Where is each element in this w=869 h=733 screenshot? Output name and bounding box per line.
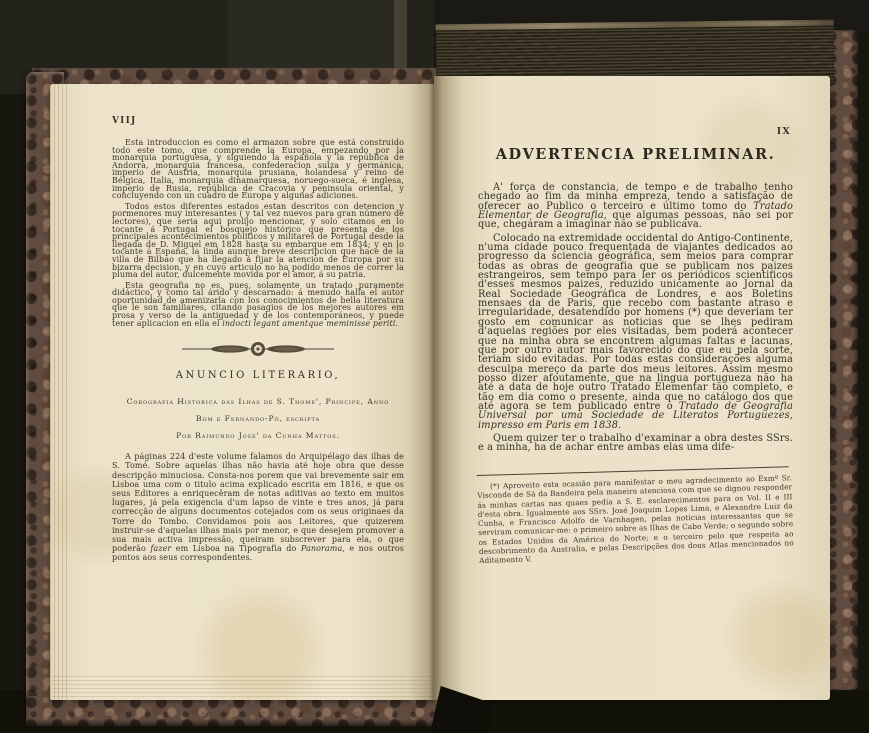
anuncio-heading: ANUNCIO LITERARIO,	[112, 370, 404, 381]
right-page-text-column: IX ADVERTENCIA PRELIMINAR. A' força de c…	[478, 126, 793, 565]
book-cover-right-board	[826, 30, 858, 690]
page-number-right: IX	[478, 126, 793, 137]
page-number-left: VIIJ	[112, 116, 404, 126]
advertencia-heading: ADVERTENCIA PRELIMINAR.	[478, 146, 793, 163]
divider-ornament	[112, 341, 404, 361]
left-paragraph-3: Esta geografia no es, pues, solamente un…	[112, 282, 404, 328]
anuncio-subtitle-line-1: Corografia Historica das Ilhas de S. Tho…	[112, 393, 404, 410]
left-page-leaf-edges	[50, 84, 70, 700]
anuncio-subtitle-line-3: Por Raimundo Jose' da Cunha Mattos.	[112, 427, 404, 444]
anuncio-subtitle: Corografia Historica das Ilhas de S. Tho…	[112, 393, 404, 444]
bottom-leaf-edges	[52, 676, 434, 700]
footnote-block: (*) Aproveito esta ocasião para manifest…	[477, 466, 794, 565]
book-gutter-shadow	[408, 76, 464, 700]
anuncio-subtitle-line-2: Bom e Fernando-Pó, escripta	[112, 410, 404, 427]
right-paragraph-2: Colocado na extremidade occidental do An…	[478, 234, 793, 430]
right-paragraph-1: A' força de constancia, de tempo e de tr…	[478, 183, 793, 230]
left-paragraph-2: Todos estos diferentes estados estan des…	[112, 203, 404, 279]
book-scan-photo: VIIJ Esta introduccion es como el armazo…	[0, 0, 869, 733]
book-cover-bottom-edge	[26, 696, 442, 726]
right-paragraph-3: Quem quizer ter o trabalho d'examinar a …	[478, 434, 793, 453]
left-paragraph-1: Esta introduccion es como el armazon sob…	[112, 139, 404, 200]
anuncio-paragraph: A páginas 224 d'este volume falamos do A…	[112, 452, 404, 562]
left-page-text-column: VIIJ Esta introduccion es como el armazo…	[112, 116, 404, 566]
footnote-text: (*) Aproveito esta ocasião para manifest…	[477, 473, 794, 565]
